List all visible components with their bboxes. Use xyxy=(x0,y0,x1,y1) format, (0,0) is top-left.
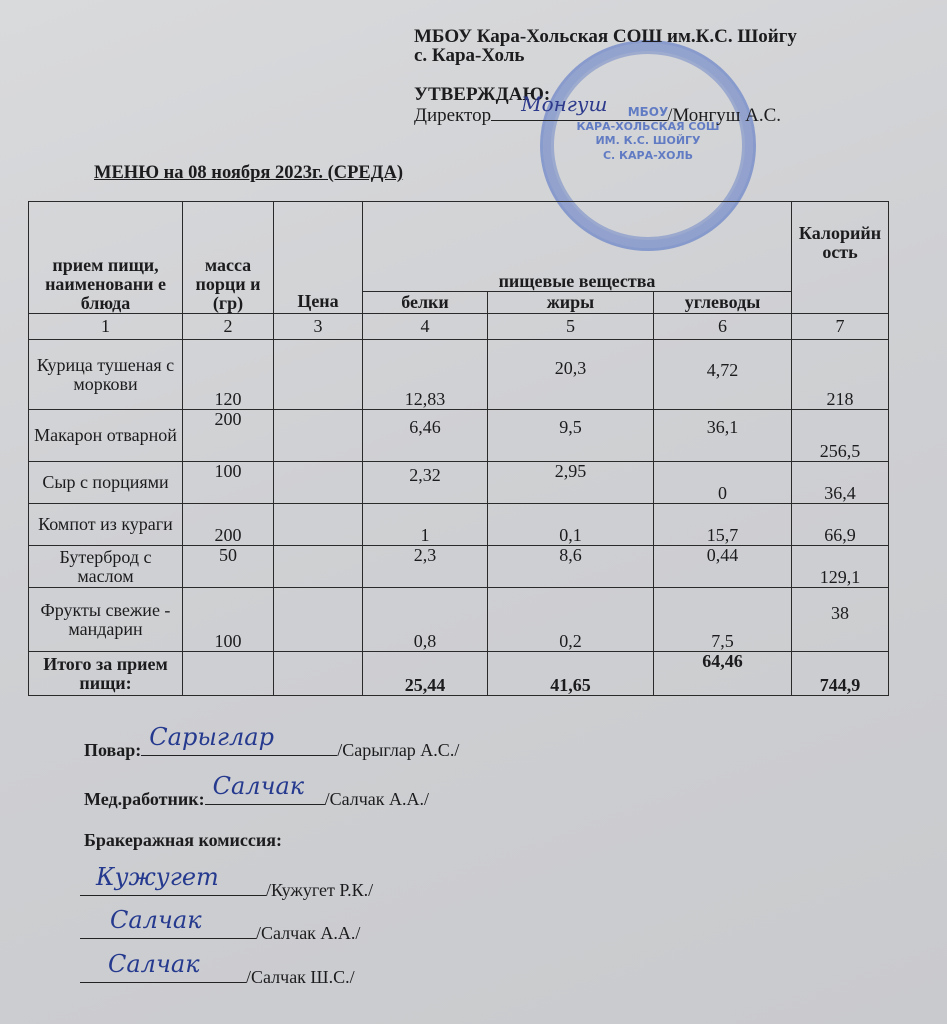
dish-protein: 0,8 xyxy=(363,588,488,652)
column-number: 2 xyxy=(183,314,274,340)
signature-line: Салчак xyxy=(205,786,325,805)
header-carbs: углеводы xyxy=(654,292,792,314)
dish-price xyxy=(274,340,363,410)
dish-protein: 2,3 xyxy=(363,546,488,588)
dish-calories: 66,9 xyxy=(792,504,889,546)
commission-member-signature: Салчак/Салчак Ш.С./ xyxy=(80,964,355,988)
total-label: Итого за прием пищи: xyxy=(29,652,183,696)
medic-signature-block: Мед.работник:Салчак/Салчак А.А./ xyxy=(84,786,429,810)
director-name: /Монгуш А.С. xyxy=(667,105,781,126)
total-calories: 744,9 xyxy=(792,652,889,696)
director-approval: ДиректорМонгуш/Монгуш А.С. xyxy=(414,104,781,127)
table-row: Сыр с порциями 100 2,32 2,95 0 36,4 xyxy=(29,462,889,504)
header-price: Цена xyxy=(274,202,363,314)
dish-name: Сыр с порциями xyxy=(29,462,183,504)
header-calories: Калорийн ость xyxy=(792,202,889,314)
dish-protein: 1 xyxy=(363,504,488,546)
commission-label: Бракеражная комиссия: xyxy=(84,830,282,851)
column-number: 4 xyxy=(363,314,488,340)
dish-calories: 256,5 xyxy=(792,410,889,462)
dish-price xyxy=(274,504,363,546)
dish-name: Фрукты свежие - мандарин xyxy=(29,588,183,652)
dish-protein: 6,46 xyxy=(363,410,488,462)
table-row: Бутерброд с маслом 50 2,3 8,6 0,44 129,1 xyxy=(29,546,889,588)
total-carbs: 64,46 xyxy=(654,652,792,696)
dish-fat: 9,5 xyxy=(488,410,654,462)
column-number: 1 xyxy=(29,314,183,340)
dish-mass: 100 xyxy=(183,588,274,652)
dish-carbs: 7,5 xyxy=(654,588,792,652)
table-row: Курица тушеная с моркови 120 12,83 20,3 … xyxy=(29,340,889,410)
dish-carbs: 0 xyxy=(654,462,792,504)
signature-line: Салчак xyxy=(80,920,256,939)
member-signature: Кужугет xyxy=(96,863,219,891)
signature-line: Салчак xyxy=(80,964,246,983)
signature-line: Кужугет xyxy=(80,877,266,896)
member-signature: Салчак xyxy=(110,906,202,934)
dish-mass: 120 xyxy=(183,340,274,410)
signature-line: Сарыглар xyxy=(141,737,337,756)
member-name: /Кужугет Р.К./ xyxy=(266,880,373,900)
member-name: /Салчак А.А./ xyxy=(256,923,360,943)
dish-fat: 0,1 xyxy=(488,504,654,546)
dish-carbs: 0,44 xyxy=(654,546,792,588)
dish-protein: 12,83 xyxy=(363,340,488,410)
dish-price xyxy=(274,588,363,652)
member-name: /Салчак Ш.С./ xyxy=(246,967,355,987)
column-number: 5 xyxy=(488,314,654,340)
menu-title: МЕНЮ на 08 ноября 2023г. (СРЕДА) xyxy=(94,163,403,184)
column-number: 3 xyxy=(274,314,363,340)
header-nutrients: пищевые вещества xyxy=(363,202,792,292)
stamp-text: С. КАРА-ХОЛЬ xyxy=(543,149,753,162)
director-signature: Монгуш xyxy=(521,92,607,116)
dish-carbs: 36,1 xyxy=(654,410,792,462)
header-protein: белки xyxy=(363,292,488,314)
commission-member-signature: Кужугет/Кужугет Р.К./ xyxy=(80,877,373,901)
organization-line: МБОУ Кара-Хольская СОШ им.К.С. Шойгу xyxy=(414,27,797,46)
cook-label: Повар: xyxy=(84,740,141,760)
stamp-text: ИМ. К.С. ШОЙГУ xyxy=(543,134,753,147)
dish-price xyxy=(274,546,363,588)
dish-name: Курица тушеная с моркови xyxy=(29,340,183,410)
dish-name: Макарон отварной xyxy=(29,410,183,462)
director-label: Директор xyxy=(414,105,491,126)
table-row: Компот из кураги 200 1 0,1 15,7 66,9 xyxy=(29,504,889,546)
dish-calories: 129,1 xyxy=(792,546,889,588)
column-number-row: 1 2 3 4 5 6 7 xyxy=(29,314,889,340)
dish-fat: 2,95 xyxy=(488,462,654,504)
header-fat: жиры xyxy=(488,292,654,314)
dish-mass: 200 xyxy=(183,504,274,546)
total-mass xyxy=(183,652,274,696)
medic-label: Мед.работник: xyxy=(84,789,205,809)
dish-mass: 50 xyxy=(183,546,274,588)
total-row: Итого за прием пищи: 25,44 41,65 64,46 7… xyxy=(29,652,889,696)
dish-mass: 100 xyxy=(183,462,274,504)
organization-location: с. Кара-Холь xyxy=(414,46,797,65)
medic-name: /Салчак А.А./ xyxy=(325,789,429,809)
table-row: Макарон отварной 200 6,46 9,5 36,1 256,5 xyxy=(29,410,889,462)
dish-protein: 2,32 xyxy=(363,462,488,504)
cook-signature-block: Повар:Сарыглар/Сарыглар А.С./ xyxy=(84,737,459,761)
menu-table: прием пищи, наименовани е блюда масса по… xyxy=(28,201,889,696)
medic-signature: Салчак xyxy=(213,772,305,800)
table-row: Фрукты свежие - мандарин 100 0,8 0,2 7,5… xyxy=(29,588,889,652)
organization-name: МБОУ Кара-Хольская СОШ им.К.С. Шойгу с. … xyxy=(414,27,797,65)
dish-price xyxy=(274,462,363,504)
total-protein: 25,44 xyxy=(363,652,488,696)
column-number: 6 xyxy=(654,314,792,340)
menu-document: МБОУ КАРА-ХОЛЬСКАЯ СОШ ИМ. К.С. ШОЙГУ С.… xyxy=(0,0,947,1024)
cook-name: /Сарыглар А.С./ xyxy=(337,740,459,760)
dish-fat: 8,6 xyxy=(488,546,654,588)
total-fat: 41,65 xyxy=(488,652,654,696)
commission-member-signature: Салчак/Салчак А.А./ xyxy=(80,920,360,944)
member-signature: Салчак xyxy=(108,950,200,978)
dish-name: Бутерброд с маслом xyxy=(29,546,183,588)
dish-calories: 36,4 xyxy=(792,462,889,504)
column-number: 7 xyxy=(792,314,889,340)
dish-price xyxy=(274,410,363,462)
cook-signature: Сарыглар xyxy=(149,723,274,751)
dish-calories: 38 xyxy=(792,588,889,652)
header-mass: масса порци и (гр) xyxy=(183,202,274,314)
signature-line: Монгуш xyxy=(491,104,667,121)
dish-calories: 218 xyxy=(792,340,889,410)
total-price xyxy=(274,652,363,696)
dish-mass: 200 xyxy=(183,410,274,462)
dish-fat: 0,2 xyxy=(488,588,654,652)
dish-carbs: 15,7 xyxy=(654,504,792,546)
dish-fat: 20,3 xyxy=(488,340,654,410)
dish-carbs: 4,72 xyxy=(654,340,792,410)
header-dish: прием пищи, наименовани е блюда xyxy=(29,202,183,314)
dish-name: Компот из кураги xyxy=(29,504,183,546)
